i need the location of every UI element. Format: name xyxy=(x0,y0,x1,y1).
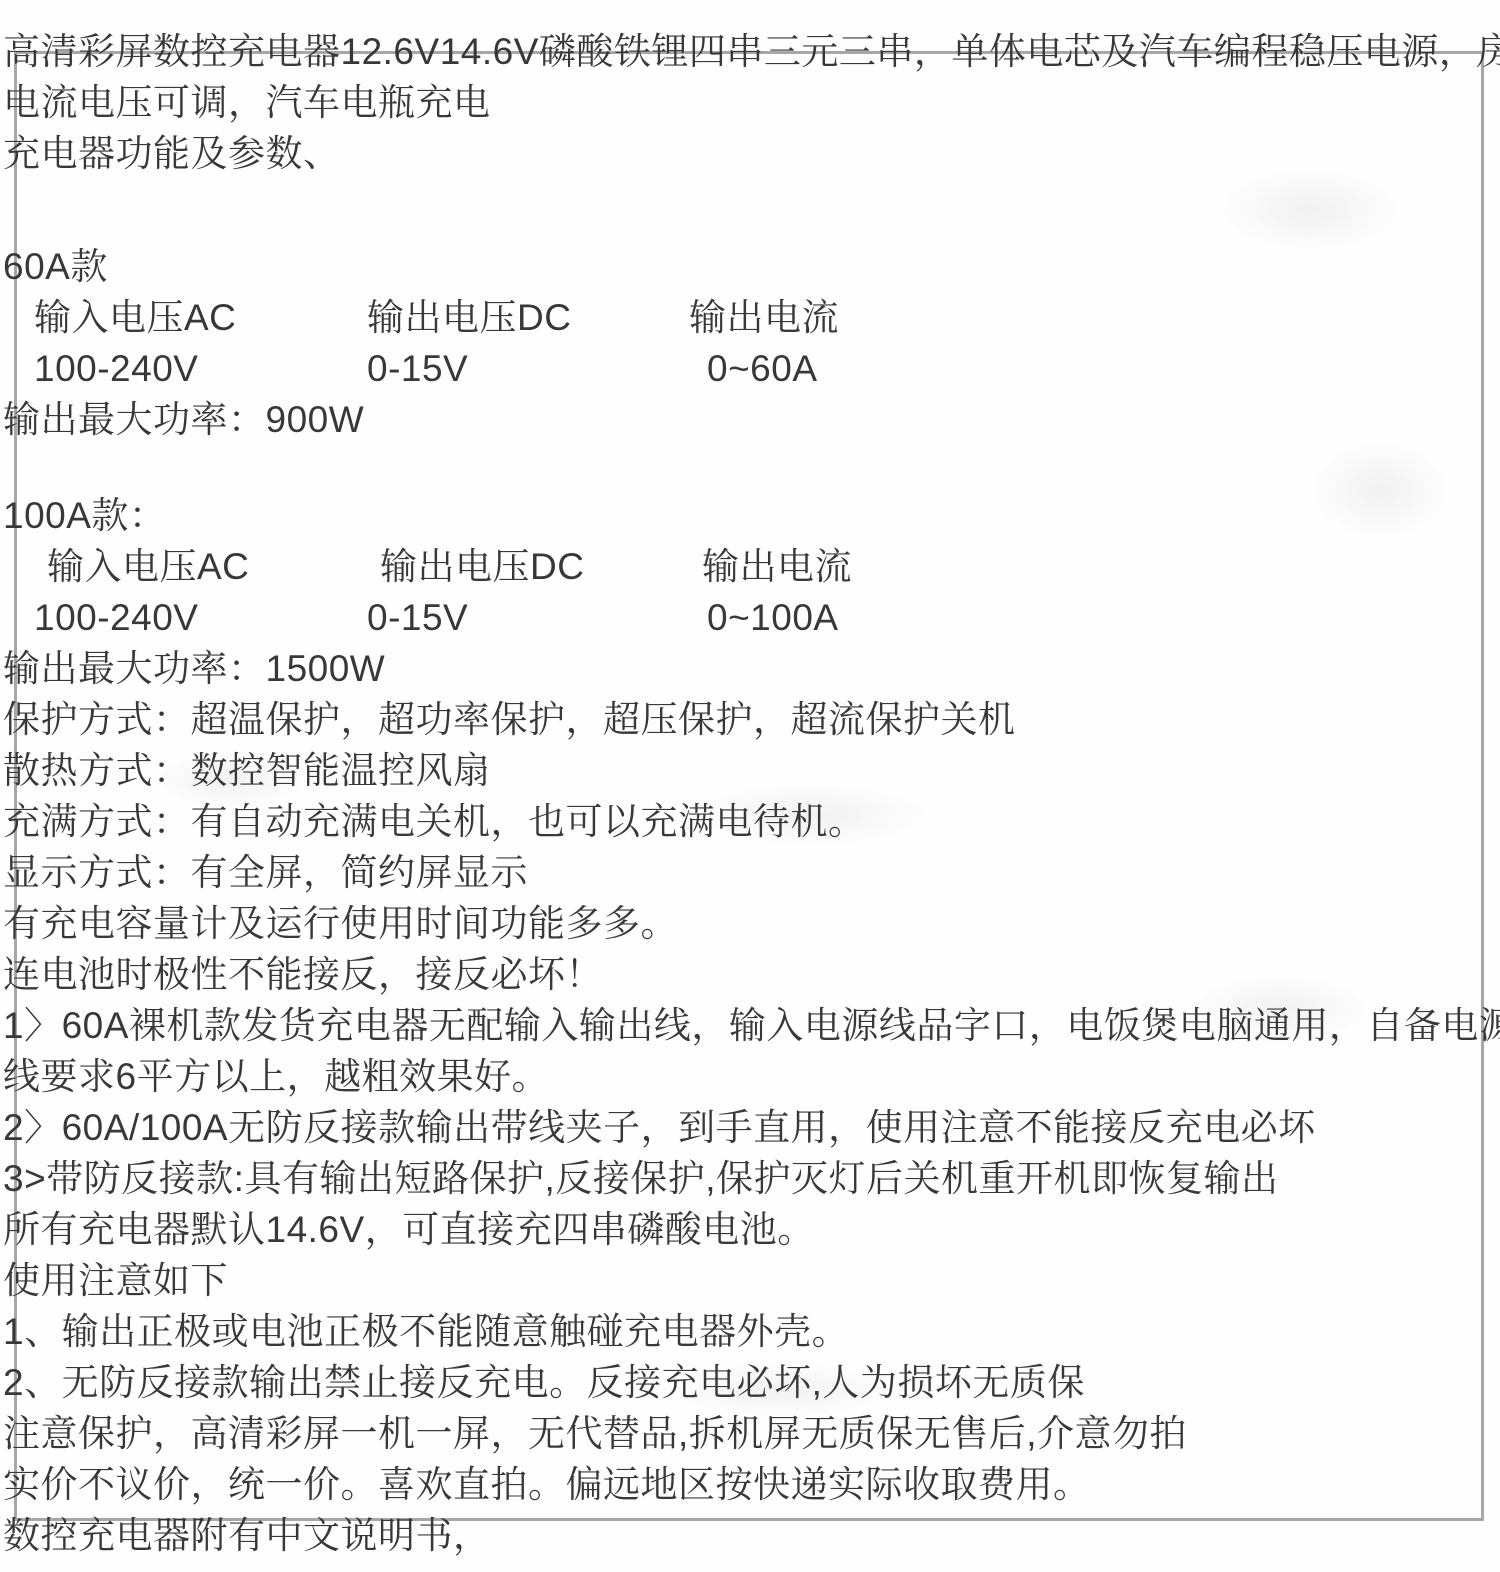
note-3: 3>带防反接款:具有输出短路保护,反接保护,保护灭灯后关机重开机即恢复输出 xyxy=(3,1153,1500,1204)
note-2: 2〉60A/100A无防反接款输出带线夹子，到手直用，使用注意不能接反充电必坏 xyxy=(3,1102,1500,1153)
feature-polarity-warning: 连电池时极性不能接反，接反必坏！ xyxy=(3,949,1500,1000)
usage-heading: 使用注意如下 xyxy=(3,1255,1500,1306)
note-1-line-1: 1〉60A裸机款发货充电器无配输入输出线，输入电源线品字口，电饭煲电脑通用，自备… xyxy=(3,1000,1500,1051)
spec-100a-val-input-voltage: 100-240V xyxy=(34,592,367,643)
spec-100a-val-output-voltage: 0-15V xyxy=(367,592,689,643)
spec-60a-value-row: 100-240V 0-15V 0~60A xyxy=(3,343,1500,394)
feature-capacity-meter: 有充电容量计及运行使用时间功能多多。 xyxy=(3,898,1500,949)
feature-protection: 保护方式：超温保护，超功率保护，超压保护，超流保护关机 xyxy=(3,694,1500,745)
section-heading: 充电器功能及参数、 xyxy=(3,128,1500,179)
footer-warranty: 注意保护，高清彩屏一机一屏，无代替品,拆机屏无质保无售后,介意勿拍 xyxy=(3,1408,1500,1459)
spec-100a-col-output-voltage: 输出电压DC xyxy=(380,541,702,592)
spec-100a-max-power: 输出最大功率：1500W xyxy=(3,643,1500,694)
feature-display: 显示方式：有全屏，简约屏显示 xyxy=(3,847,1500,898)
spec-60a-val-output-current: 0~60A xyxy=(689,343,1500,394)
spec-60a-header-row: 输入电压AC 输出电压DC 输出电流 xyxy=(3,292,1500,343)
spec-100a-col-input-voltage: 输入电压AC xyxy=(47,541,380,592)
note-default-voltage: 所有充电器默认14.6V，可直接充四串磷酸电池。 xyxy=(3,1204,1500,1255)
document-body: 高清彩屏数控充电器12.6V14.6V磷酸铁锂四串三元三串，单体电芯及汽车编程稳… xyxy=(3,26,1500,1561)
spec-60a-val-output-voltage: 0-15V xyxy=(367,343,689,394)
title-line-1: 高清彩屏数控充电器12.6V14.6V磷酸铁锂四串三元三串，单体电芯及汽车编程稳… xyxy=(3,26,1500,77)
spec-60a-col-output-current: 输出电流 xyxy=(689,292,1500,343)
title-line-2: 电流电压可调，汽车电瓶充电 xyxy=(3,77,1500,128)
spec-100a-value-row: 100-240V 0-15V 0~100A xyxy=(3,592,1500,643)
blank-line xyxy=(3,445,1500,490)
spec-100a-val-output-current: 0~100A xyxy=(689,592,1500,643)
spec-60a-col-input-voltage: 输入电压AC xyxy=(34,292,367,343)
footer-manual: 数控充电器附有中文说明书， xyxy=(3,1510,1500,1561)
footer-price: 实价不议价，统一价。喜欢直拍。偏远地区按快递实际收取费用。 xyxy=(3,1459,1500,1510)
usage-note-1: 1、输出正极或电池正极不能随意触碰充电器外壳。 xyxy=(3,1306,1500,1357)
blank-line xyxy=(3,179,1500,241)
spec-60a-col-output-voltage: 输出电压DC xyxy=(367,292,689,343)
spec-60a-val-input-voltage: 100-240V xyxy=(34,343,367,394)
feature-cooling: 散热方式：数控智能温控风扇 xyxy=(3,745,1500,796)
spec-100a-header-row: 输入电压AC 输出电压DC 输出电流 xyxy=(3,541,1500,592)
spec-60a-model: 60A款 xyxy=(3,241,1500,292)
spec-100a-col-output-current: 输出电流 xyxy=(702,541,1500,592)
feature-full-charge: 充满方式：有自动充满电关机，也可以充满电待机。 xyxy=(3,796,1500,847)
note-1-line-2: 线要求6平方以上，越粗效果好。 xyxy=(3,1051,1500,1102)
usage-note-2: 2、无防反接款输出禁止接反充电。反接充电必坏,人为损坏无质保 xyxy=(3,1357,1500,1408)
spec-100a-model: 100A款： xyxy=(3,490,1500,541)
spec-60a-max-power: 输出最大功率：900W xyxy=(3,394,1500,445)
